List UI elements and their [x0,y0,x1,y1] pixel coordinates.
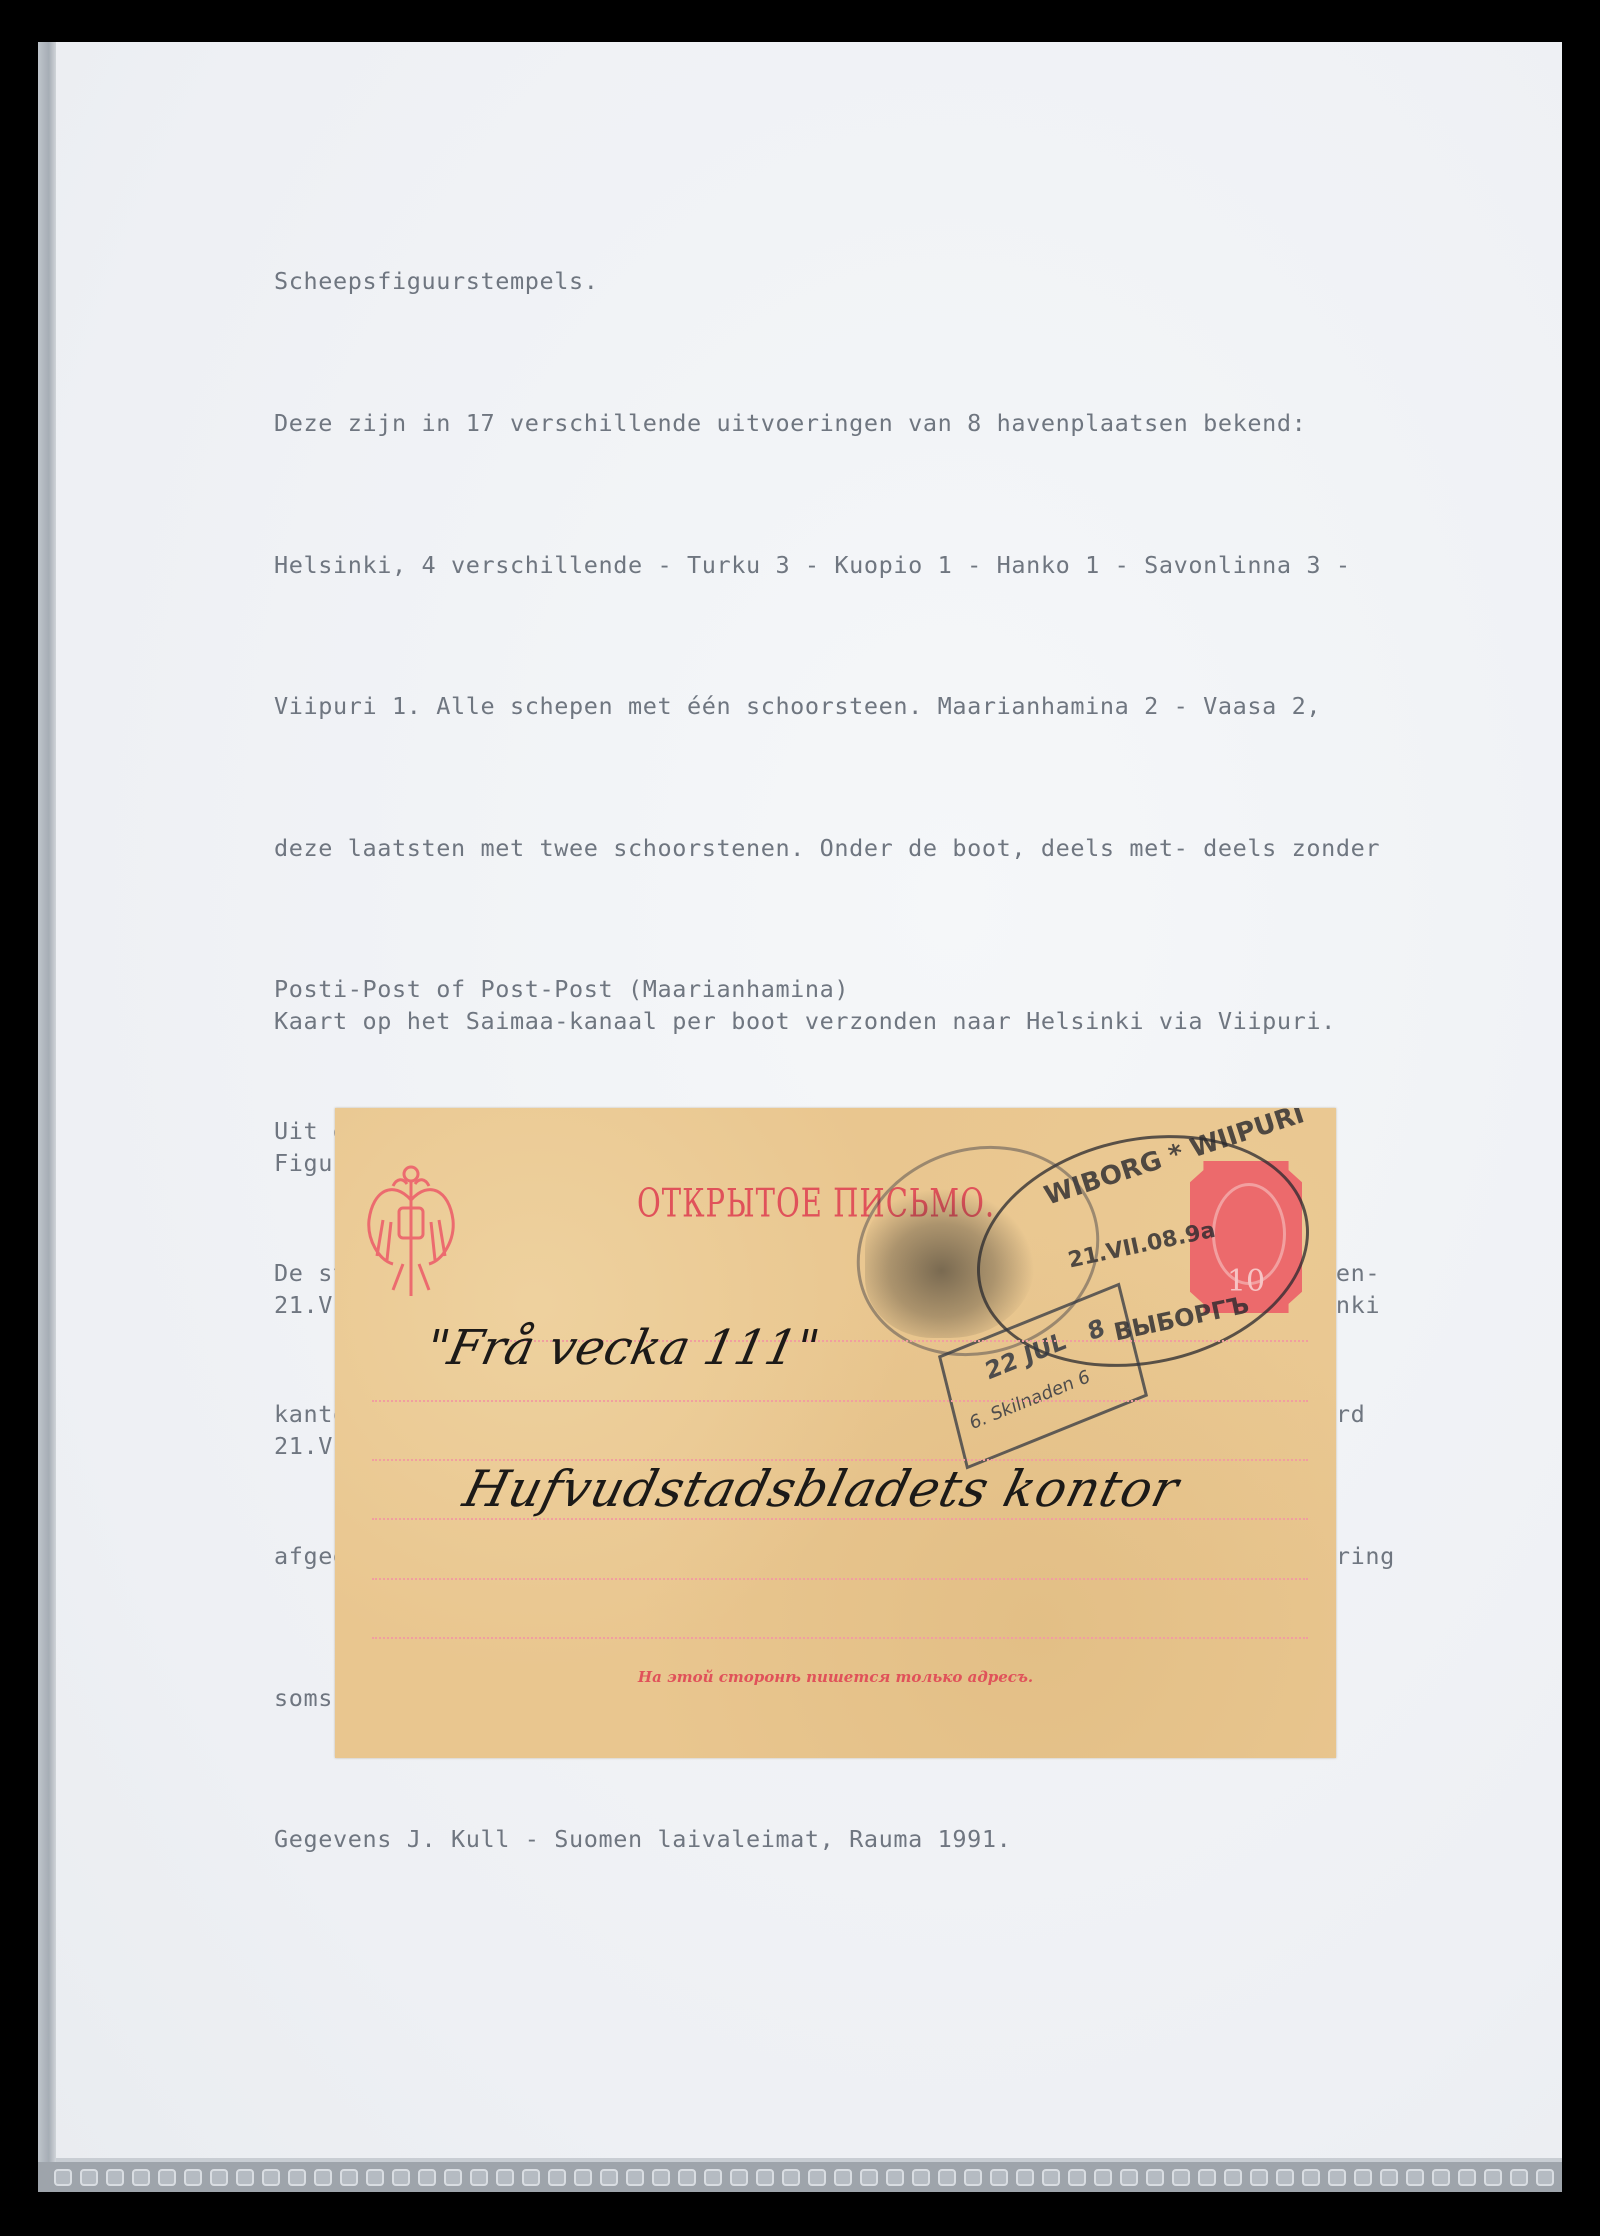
perforation [704,2169,722,2186]
perforation [1432,2169,1450,2186]
perforation [600,2169,618,2186]
handwritten-line-2: Hufvudstadsbladets kontor [458,1460,1185,1518]
perforation [964,2169,982,2186]
album-page: Scheepsfiguurstempels. Deze zijn in 17 v… [38,42,1562,2192]
address-line [372,1578,1308,1580]
handwritten-line-1: "Frå vecka 111" [421,1320,824,1376]
perforation [314,2169,332,2186]
perforation [1068,2169,1086,2186]
perforation [444,2169,462,2186]
perforation [80,2169,98,2186]
perforation [1380,2169,1398,2186]
perforation [730,2169,748,2186]
perforation [1302,2169,1320,2186]
address-side-note: На этой сторонѣ пишется только адресъ. [335,1668,1336,1686]
perforation [184,2169,202,2186]
perforation [470,2169,488,2186]
perforation [262,2169,280,2186]
perforation [54,2169,72,2186]
perforation [886,2169,904,2186]
perforation [236,2169,254,2186]
perforation [496,2169,514,2186]
intro-line: Helsinki, 4 verschillende - Turku 3 - Ku… [274,542,1395,589]
perforation [418,2169,436,2186]
intro-line: Deze zijn in 17 verschillende uitvoering… [274,400,1395,447]
perforation [860,2169,878,2186]
perforation [990,2169,1008,2186]
perforation [652,2169,670,2186]
perforation [1510,2169,1528,2186]
perforation [912,2169,930,2186]
perforation [1536,2169,1554,2186]
sleeve-binding-bottom [38,2162,1562,2192]
imperial-eagle-icon [363,1160,459,1298]
perforation [678,2169,696,2186]
perforation [808,2169,826,2186]
perforation [1250,2169,1268,2186]
arrival-date: 22 JUL [982,1326,1068,1385]
perforation [1094,2169,1112,2186]
caption-line: Kaart op het Saimaa-kanaal per boot verz… [274,998,1380,1045]
perforation [340,2169,358,2186]
perforation [1042,2169,1060,2186]
perforation [210,2169,228,2186]
perforation [548,2169,566,2186]
perforation [574,2169,592,2186]
sleeve-binding-left [38,42,56,2192]
perforation [1458,2169,1476,2186]
perforation [1172,2169,1190,2186]
address-line [372,1518,1308,1520]
intro-source: Gegevens J. Kull - Suomen laivaleimat, R… [274,1816,1395,1863]
intro-line: Viipuri 1. Alle schepen met één schoorst… [274,683,1395,730]
perforation [1224,2169,1242,2186]
perforation [1276,2169,1294,2186]
perforation [1198,2169,1216,2186]
perforation [1328,2169,1346,2186]
perforation [1354,2169,1372,2186]
perforation [106,2169,124,2186]
perforation [288,2169,306,2186]
perforation [132,2169,150,2186]
perforation [938,2169,956,2186]
perforation [522,2169,540,2186]
postcard: ОТКРЫТОЕ ПИСЬМО. 10 WIBORG * WIIPURI 21.… [335,1108,1336,1758]
perforation [1120,2169,1138,2186]
perforation [782,2169,800,2186]
perforation [158,2169,176,2186]
perforation [1484,2169,1502,2186]
perforation [1016,2169,1034,2186]
address-line [372,1637,1308,1639]
perforation [1406,2169,1424,2186]
address-line [372,1400,1308,1402]
perforation [756,2169,774,2186]
perforation [834,2169,852,2186]
intro-heading: Scheepsfiguurstempels. [274,258,1395,305]
perforation [392,2169,410,2186]
intro-line: deze laatsten met twee schoorstenen. Ond… [274,825,1395,872]
perforation [1146,2169,1164,2186]
perforation [366,2169,384,2186]
perforation [626,2169,644,2186]
